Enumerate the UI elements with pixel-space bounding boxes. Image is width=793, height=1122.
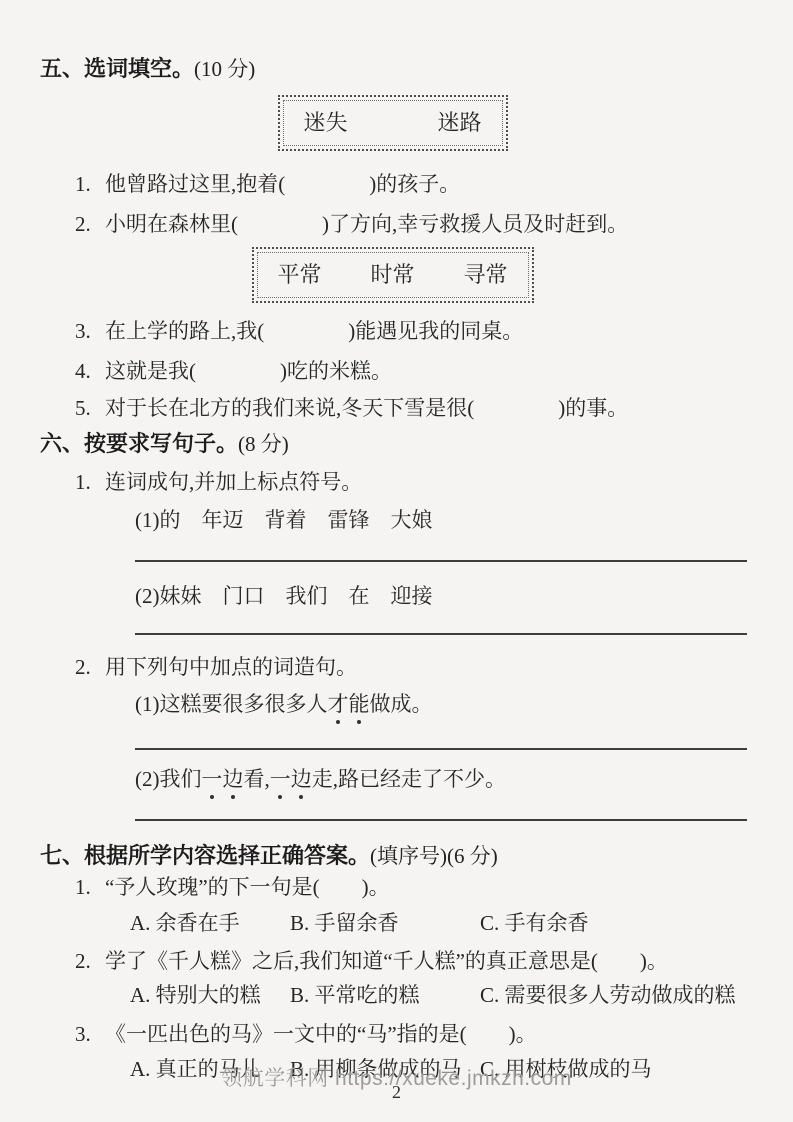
question-5-3: 3. 在上学的路上,我( )能遇见我的同桌。 bbox=[40, 318, 745, 344]
question-7-3: 3. 《一匹出色的马》一文中的“马”指的是( )。 bbox=[40, 1021, 745, 1047]
question-6-1: 1. 连词成句,并加上标点符号。 bbox=[40, 469, 745, 495]
question-6-2: 2. 用下列句中加点的词造句。 bbox=[40, 654, 745, 680]
question-number: 5. bbox=[75, 395, 105, 421]
question-6-2-sentence-2: (2)我们一边看,一边走,路已经走了不少。 bbox=[40, 766, 745, 792]
word-bank-box-2: 平常 时常 寻常 bbox=[252, 247, 534, 303]
section-five-header: 五、选词填空。(10 分) bbox=[40, 56, 745, 82]
option-c: C. 需要很多人劳动做成的糕 bbox=[480, 982, 745, 1008]
section-five-title: 五、选词填空。 bbox=[40, 56, 194, 81]
dotted-char: 才 bbox=[328, 691, 349, 717]
question-5-5: 5. 对于长在北方的我们来说,冬天下雪是很( )的事。 bbox=[40, 395, 745, 421]
answer-blank-line[interactable] bbox=[135, 633, 747, 635]
question-text: “予人玫瑰”的下一句是( )。 bbox=[105, 874, 390, 900]
question-text: 《一匹出色的马》一文中的“马”指的是( )。 bbox=[105, 1021, 537, 1047]
dotted-char: 能 bbox=[349, 691, 370, 717]
option-a: A. 特别大的糕 bbox=[130, 982, 290, 1008]
section-six-header: 六、按要求写句子。(8 分) bbox=[40, 431, 745, 457]
word-bank-word: 寻常 bbox=[463, 262, 507, 288]
question-5-2: 2. 小明在森林里( )了方向,幸亏救援人员及时赶到。 bbox=[40, 211, 745, 237]
sentence-segment: (2)我们 bbox=[135, 767, 202, 791]
question-number: 3. bbox=[75, 318, 105, 344]
question-number: 2. bbox=[75, 654, 105, 680]
sentence-segment: 做成。 bbox=[370, 692, 433, 716]
sentence-segment: 看, bbox=[244, 767, 270, 791]
word-bank-word: 迷路 bbox=[437, 110, 481, 136]
section-six-score: (8 分) bbox=[238, 432, 289, 456]
dotted-char: 边 bbox=[223, 766, 244, 792]
question-6-1-words-2: (2)妹妹 门口 我们 在 迎接 bbox=[40, 583, 745, 609]
question-text: 学了《千人糕》之后,我们知道“千人糕”的真正意思是( )。 bbox=[105, 948, 668, 974]
worksheet-page: 五、选词填空。(10 分) 迷失 迷路 1. 他曾路过这里,抱着( )的孩子。 … bbox=[0, 0, 793, 1122]
question-text: 连词成句,并加上标点符号。 bbox=[105, 469, 362, 495]
question-text: 他曾路过这里,抱着( )的孩子。 bbox=[105, 171, 460, 197]
dotted-char: 边 bbox=[291, 766, 312, 792]
sentence-segment: 走,路已经走了不少。 bbox=[312, 767, 506, 791]
option-b: B. 手留余香 bbox=[290, 910, 480, 936]
question-7-1: 1. “予人玫瑰”的下一句是( )。 bbox=[40, 874, 745, 900]
question-text: 用下列句中加点的词造句。 bbox=[105, 654, 357, 680]
question-6-1-words-1: (1)的 年迈 背着 雷锋 大娘 bbox=[40, 507, 745, 533]
word-bank-box-1: 迷失 迷路 bbox=[278, 95, 508, 151]
question-text: 在上学的路上,我( )能遇见我的同桌。 bbox=[105, 318, 523, 344]
word-bank-box-1-inner: 迷失 迷路 bbox=[283, 100, 503, 146]
answer-blank-line[interactable] bbox=[135, 560, 747, 562]
section-seven-header: 七、根据所学内容选择正确答案。(填序号)(6 分) bbox=[40, 843, 745, 869]
section-six-title: 六、按要求写句子。 bbox=[40, 431, 238, 456]
answer-blank-line[interactable] bbox=[135, 748, 747, 750]
dotted-char: 一 bbox=[202, 766, 223, 792]
question-text: 对于长在北方的我们来说,冬天下雪是很( )的事。 bbox=[105, 395, 628, 421]
question-number: 4. bbox=[75, 358, 105, 384]
word-bank-word: 平常 bbox=[278, 262, 322, 288]
question-5-1: 1. 他曾路过这里,抱着( )的孩子。 bbox=[40, 171, 745, 197]
page-number: 2 bbox=[0, 1082, 793, 1103]
question-number: 1. bbox=[75, 469, 105, 495]
question-text: 小明在森林里( )了方向,幸亏救援人员及时赶到。 bbox=[105, 211, 628, 237]
question-5-4: 4. 这就是我( )吃的米糕。 bbox=[40, 358, 745, 384]
word-bank-word: 迷失 bbox=[304, 110, 348, 136]
question-6-2-sentence-1: (1)这糕要很多很多人才能做成。 bbox=[40, 691, 745, 717]
question-number: 1. bbox=[75, 171, 105, 197]
option-a: A. 余香在手 bbox=[130, 910, 290, 936]
dotted-char: 一 bbox=[270, 766, 291, 792]
question-number: 2. bbox=[75, 948, 105, 974]
question-number: 2. bbox=[75, 211, 105, 237]
option-c: C. 手有余香 bbox=[480, 910, 745, 936]
option-b: B. 平常吃的糕 bbox=[290, 982, 480, 1008]
answer-blank-line[interactable] bbox=[135, 819, 747, 821]
question-number: 3. bbox=[75, 1021, 105, 1047]
section-seven-title: 七、根据所学内容选择正确答案。 bbox=[40, 843, 370, 868]
question-text: 这就是我( )吃的米糕。 bbox=[105, 358, 392, 384]
section-seven-score: (填序号)(6 分) bbox=[370, 844, 498, 868]
word-bank-word: 时常 bbox=[370, 262, 414, 288]
question-7-2: 2. 学了《千人糕》之后,我们知道“千人糕”的真正意思是( )。 bbox=[40, 948, 745, 974]
options-7-2: A. 特别大的糕 B. 平常吃的糕 C. 需要很多人劳动做成的糕 bbox=[40, 982, 745, 1008]
question-number: 1. bbox=[75, 874, 105, 900]
section-five-score: (10 分) bbox=[194, 57, 255, 81]
sentence-segment: (1)这糕要很多很多人 bbox=[135, 692, 328, 716]
word-bank-box-2-inner: 平常 时常 寻常 bbox=[257, 252, 529, 298]
options-7-1: A. 余香在手 B. 手留余香 C. 手有余香 bbox=[40, 910, 745, 936]
